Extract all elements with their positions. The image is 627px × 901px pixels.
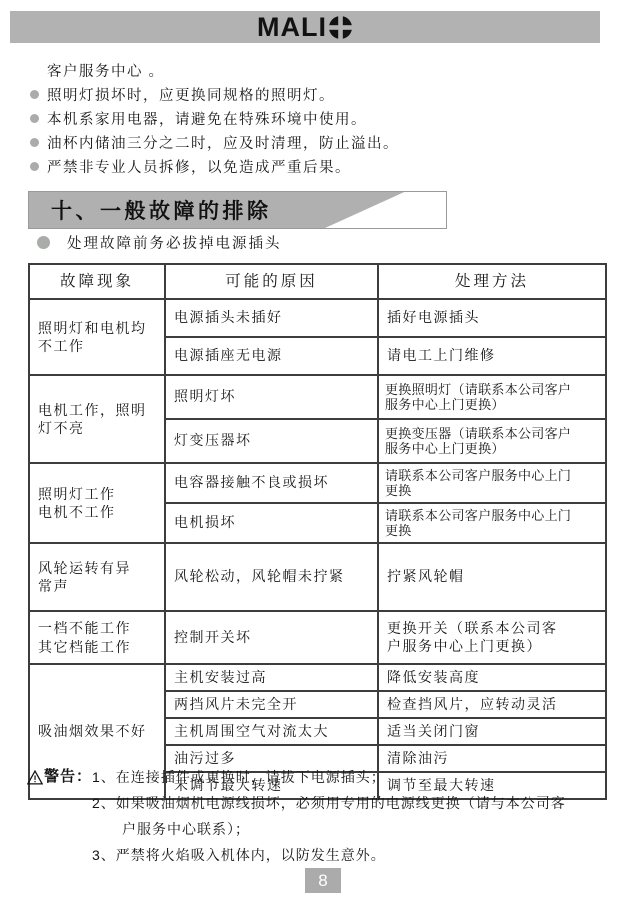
warning-label-text: 警告：: [44, 764, 92, 790]
symptom-cell: 照明灯工作 电机不工作: [29, 463, 165, 543]
column-header-solution: 处理方法: [378, 264, 606, 299]
cause-cell: 两挡风片未完全开: [165, 691, 378, 718]
bullet-icon: [30, 90, 39, 99]
solution-cell: 请联系本公司客户服务中心上门 更换: [378, 503, 606, 543]
section-note: 处理故障前务必拔掉电源插头: [37, 232, 282, 253]
cause-cell: 电源插座无电源: [165, 337, 378, 375]
symptom-cell: 照明灯和电机均 不工作: [29, 299, 165, 375]
intro-block: 客户服务中心 。 照明灯损坏时，应更换同规格的照明灯。 本机系家用电器，请避免在…: [30, 58, 590, 178]
warning-item: 1、在连接插件或更换时，请拔下电源插头；: [92, 764, 602, 790]
solution-cell: 请联系本公司客户服务中心上门 更换: [378, 463, 606, 503]
page-number-badge: 8: [305, 868, 341, 893]
malio-logo: MALI: [257, 14, 353, 41]
bullet-icon: [37, 236, 50, 249]
table-row: 照明灯工作 电机不工作 电容器接触不良或损坏 请联系本公司客户服务中心上门 更换: [29, 463, 606, 503]
symptom-cell: 一档不能工作 其它档能工作: [29, 611, 165, 664]
warning-triangle-icon: [27, 770, 43, 785]
cause-cell: 主机周围空气对流太大: [165, 718, 378, 745]
bullet-item: 严禁非专业人员拆修，以免造成严重后果。: [30, 154, 590, 178]
warning-block: 警告： 1、在连接插件或更换时，请拔下电源插头； 2、如果吸油烟机电源线损坏，必…: [27, 764, 602, 868]
bullet-icon: [30, 138, 39, 147]
section-title: 十、一般故障的排除: [51, 192, 272, 228]
symptom-cell: 风轮运转有异 常声: [29, 543, 165, 611]
warning-items: 1、在连接插件或更换时，请拔下电源插头； 2、如果吸油烟机电源线损坏，必须用专用…: [92, 764, 602, 868]
bullet-icon: [30, 114, 39, 123]
solution-cell: 更换照明灯（请联系本公司客户 服务中心上门更换）: [378, 375, 606, 419]
cause-cell: 风轮松动，风轮帽未拧紧: [165, 543, 378, 611]
cause-cell: 电容器接触不良或损坏: [165, 463, 378, 503]
section-banner: 十、一般故障的排除: [28, 191, 447, 229]
logo-o-gear-icon: [328, 15, 353, 40]
table-row: 照明灯和电机均 不工作 电源插头未插好 插好电源插头: [29, 299, 606, 337]
column-header-symptom: 故障现象: [29, 264, 165, 299]
solution-cell: 更换变压器（请联系本公司客户 服务中心上门更换）: [378, 419, 606, 463]
warning-item: 2、如果吸油烟机电源线损坏，必须用专用的电源线更换（请与本公司客 户服务中心联系…: [92, 790, 602, 842]
bullet-text: 本机系家用电器，请避免在特殊环境中使用。: [47, 108, 367, 129]
cause-cell: 灯变压器坏: [165, 419, 378, 463]
table-row: 电机工作，照明 灯不亮 照明灯坏 更换照明灯（请联系本公司客户 服务中心上门更换…: [29, 375, 606, 419]
troubleshooting-table: 故障现象 可能的原因 处理方法 照明灯和电机均 不工作 电源插头未插好 插好电源…: [28, 263, 607, 800]
table-header-row: 故障现象 可能的原因 处理方法: [29, 264, 606, 299]
solution-cell: 拧紧风轮帽: [378, 543, 606, 611]
bullet-item: 油杯内储油三分之二时，应及时清理，防止溢出。: [30, 130, 590, 154]
bullet-item: 本机系家用电器，请避免在特殊环境中使用。: [30, 106, 590, 130]
solution-cell: 适当关闭门窗: [378, 718, 606, 745]
bullet-text: 油杯内储油三分之二时，应及时清理，防止溢出。: [47, 132, 399, 153]
bullet-text: 严禁非专业人员拆修，以免造成严重后果。: [47, 156, 351, 177]
bullet-text: 照明灯损坏时，应更换同规格的照明灯。: [47, 84, 335, 105]
note-text: 处理故障前务必拔掉电源插头: [67, 232, 282, 253]
cause-cell: 控制开关坏: [165, 611, 378, 664]
cause-cell: 电源插头未插好: [165, 299, 378, 337]
column-header-cause: 可能的原因: [165, 264, 378, 299]
intro-lead: 客户服务中心 。: [30, 58, 590, 82]
warning-label: 警告：: [27, 764, 92, 868]
table-row: 吸油烟效果不好 主机安装过高 降低安装高度: [29, 664, 606, 691]
table-row: 一档不能工作 其它档能工作 控制开关坏 更换开关（联系本公司客 户服务中心上门更…: [29, 611, 606, 664]
solution-cell: 检查挡风片，应转动灵活: [378, 691, 606, 718]
manual-page: { "header": { "logo_text": "MALI" }, "in…: [0, 0, 627, 901]
table-row: 风轮运转有异 常声 风轮松动，风轮帽未拧紧 拧紧风轮帽: [29, 543, 606, 611]
symptom-cell: 电机工作，照明 灯不亮: [29, 375, 165, 463]
bullet-item: 照明灯损坏时，应更换同规格的照明灯。: [30, 82, 590, 106]
brand-banner: MALI: [10, 11, 600, 43]
cause-cell: 照明灯坏: [165, 375, 378, 419]
cause-cell: 电机损坏: [165, 503, 378, 543]
solution-cell: 请电工上门维修: [378, 337, 606, 375]
solution-cell: 更换开关（联系本公司客 户服务中心上门更换）: [378, 611, 606, 664]
bullet-icon: [30, 162, 39, 171]
solution-cell: 插好电源插头: [378, 299, 606, 337]
logo-text: MALI: [257, 14, 327, 41]
solution-cell: 降低安装高度: [378, 664, 606, 691]
warning-item: 3、严禁将火焰吸入机体内，以防发生意外。: [92, 842, 602, 868]
cause-cell: 主机安装过高: [165, 664, 378, 691]
